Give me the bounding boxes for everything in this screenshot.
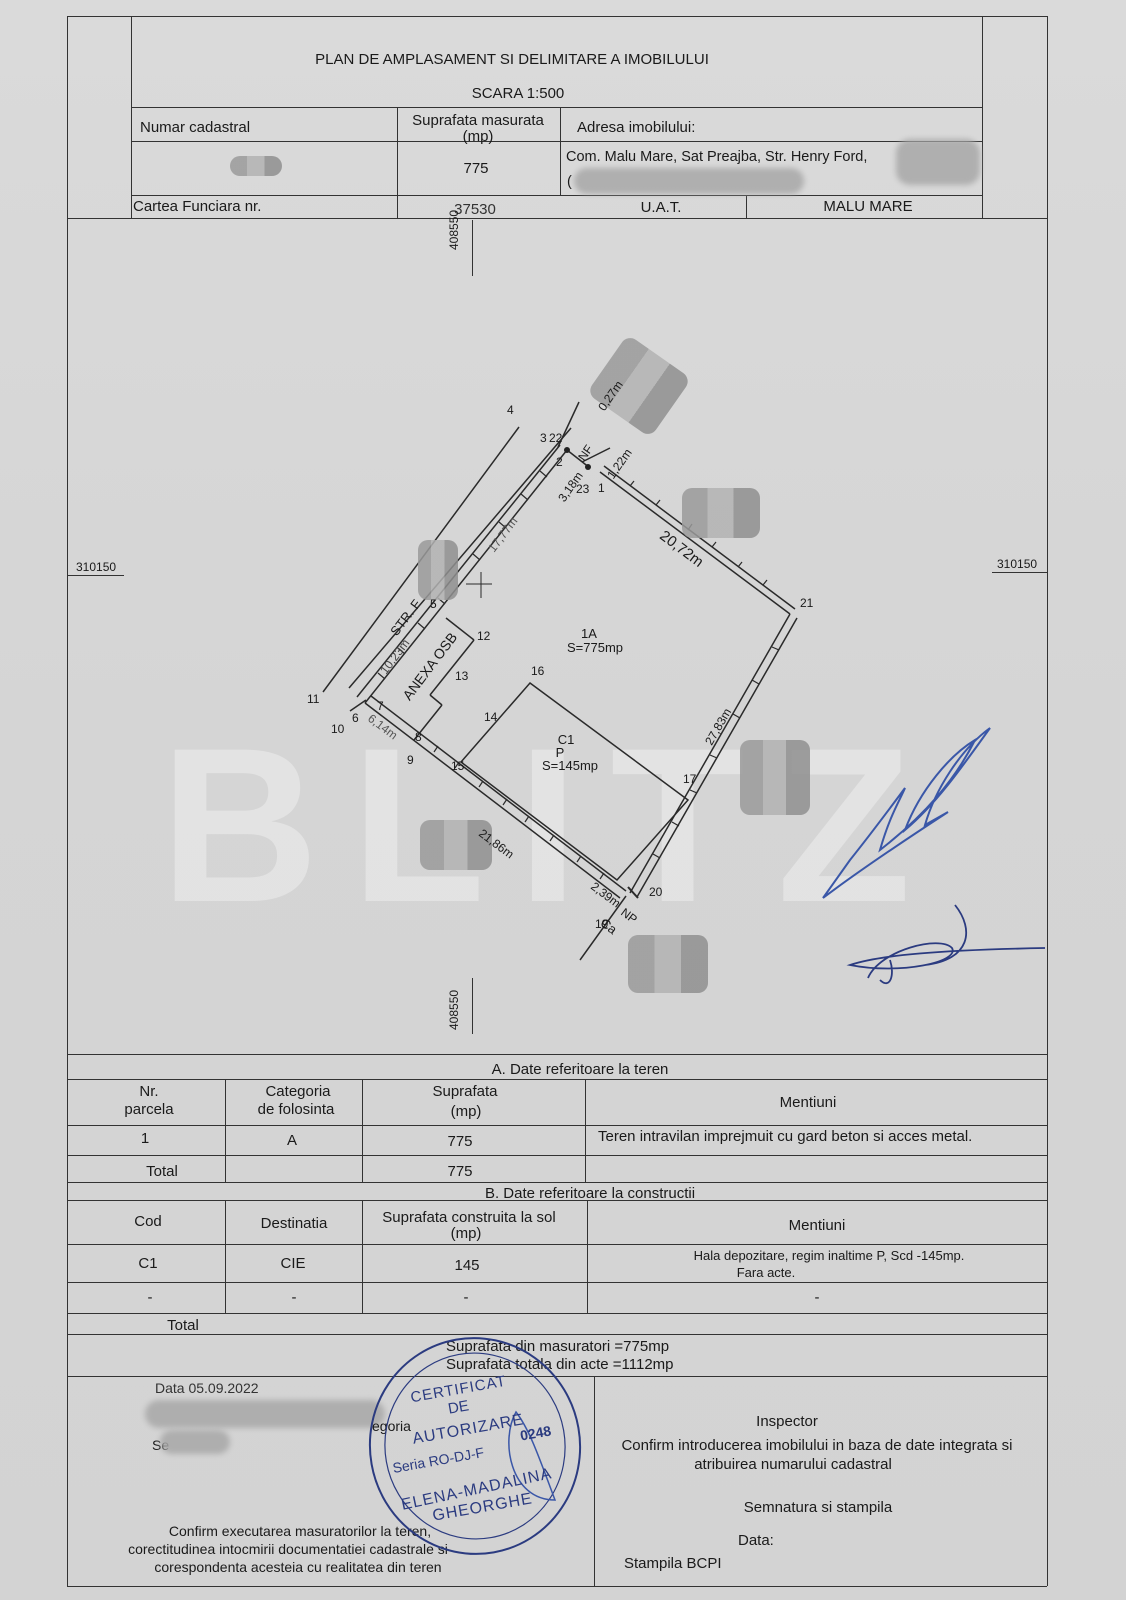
document-page: PLAN DE AMPLASAMENT SI DELIMITARE A IMOB…: [0, 0, 1126, 1600]
inspector-confirm: Confirm introducerea imobilului in baza …: [621, 1438, 1012, 1453]
bcpi-stamp-label: Stampila BCPI: [624, 1556, 722, 1571]
inspector-date-label: Data:: [738, 1533, 774, 1548]
inspector-confirm: atribuirea numarului cadastral: [694, 1457, 892, 1472]
authorization-stamp: [0, 0, 1126, 1600]
inspector-label: Inspector: [756, 1414, 818, 1429]
signature-label: Semnatura si stampila: [744, 1500, 892, 1515]
stamp-line: DE: [447, 1398, 470, 1416]
